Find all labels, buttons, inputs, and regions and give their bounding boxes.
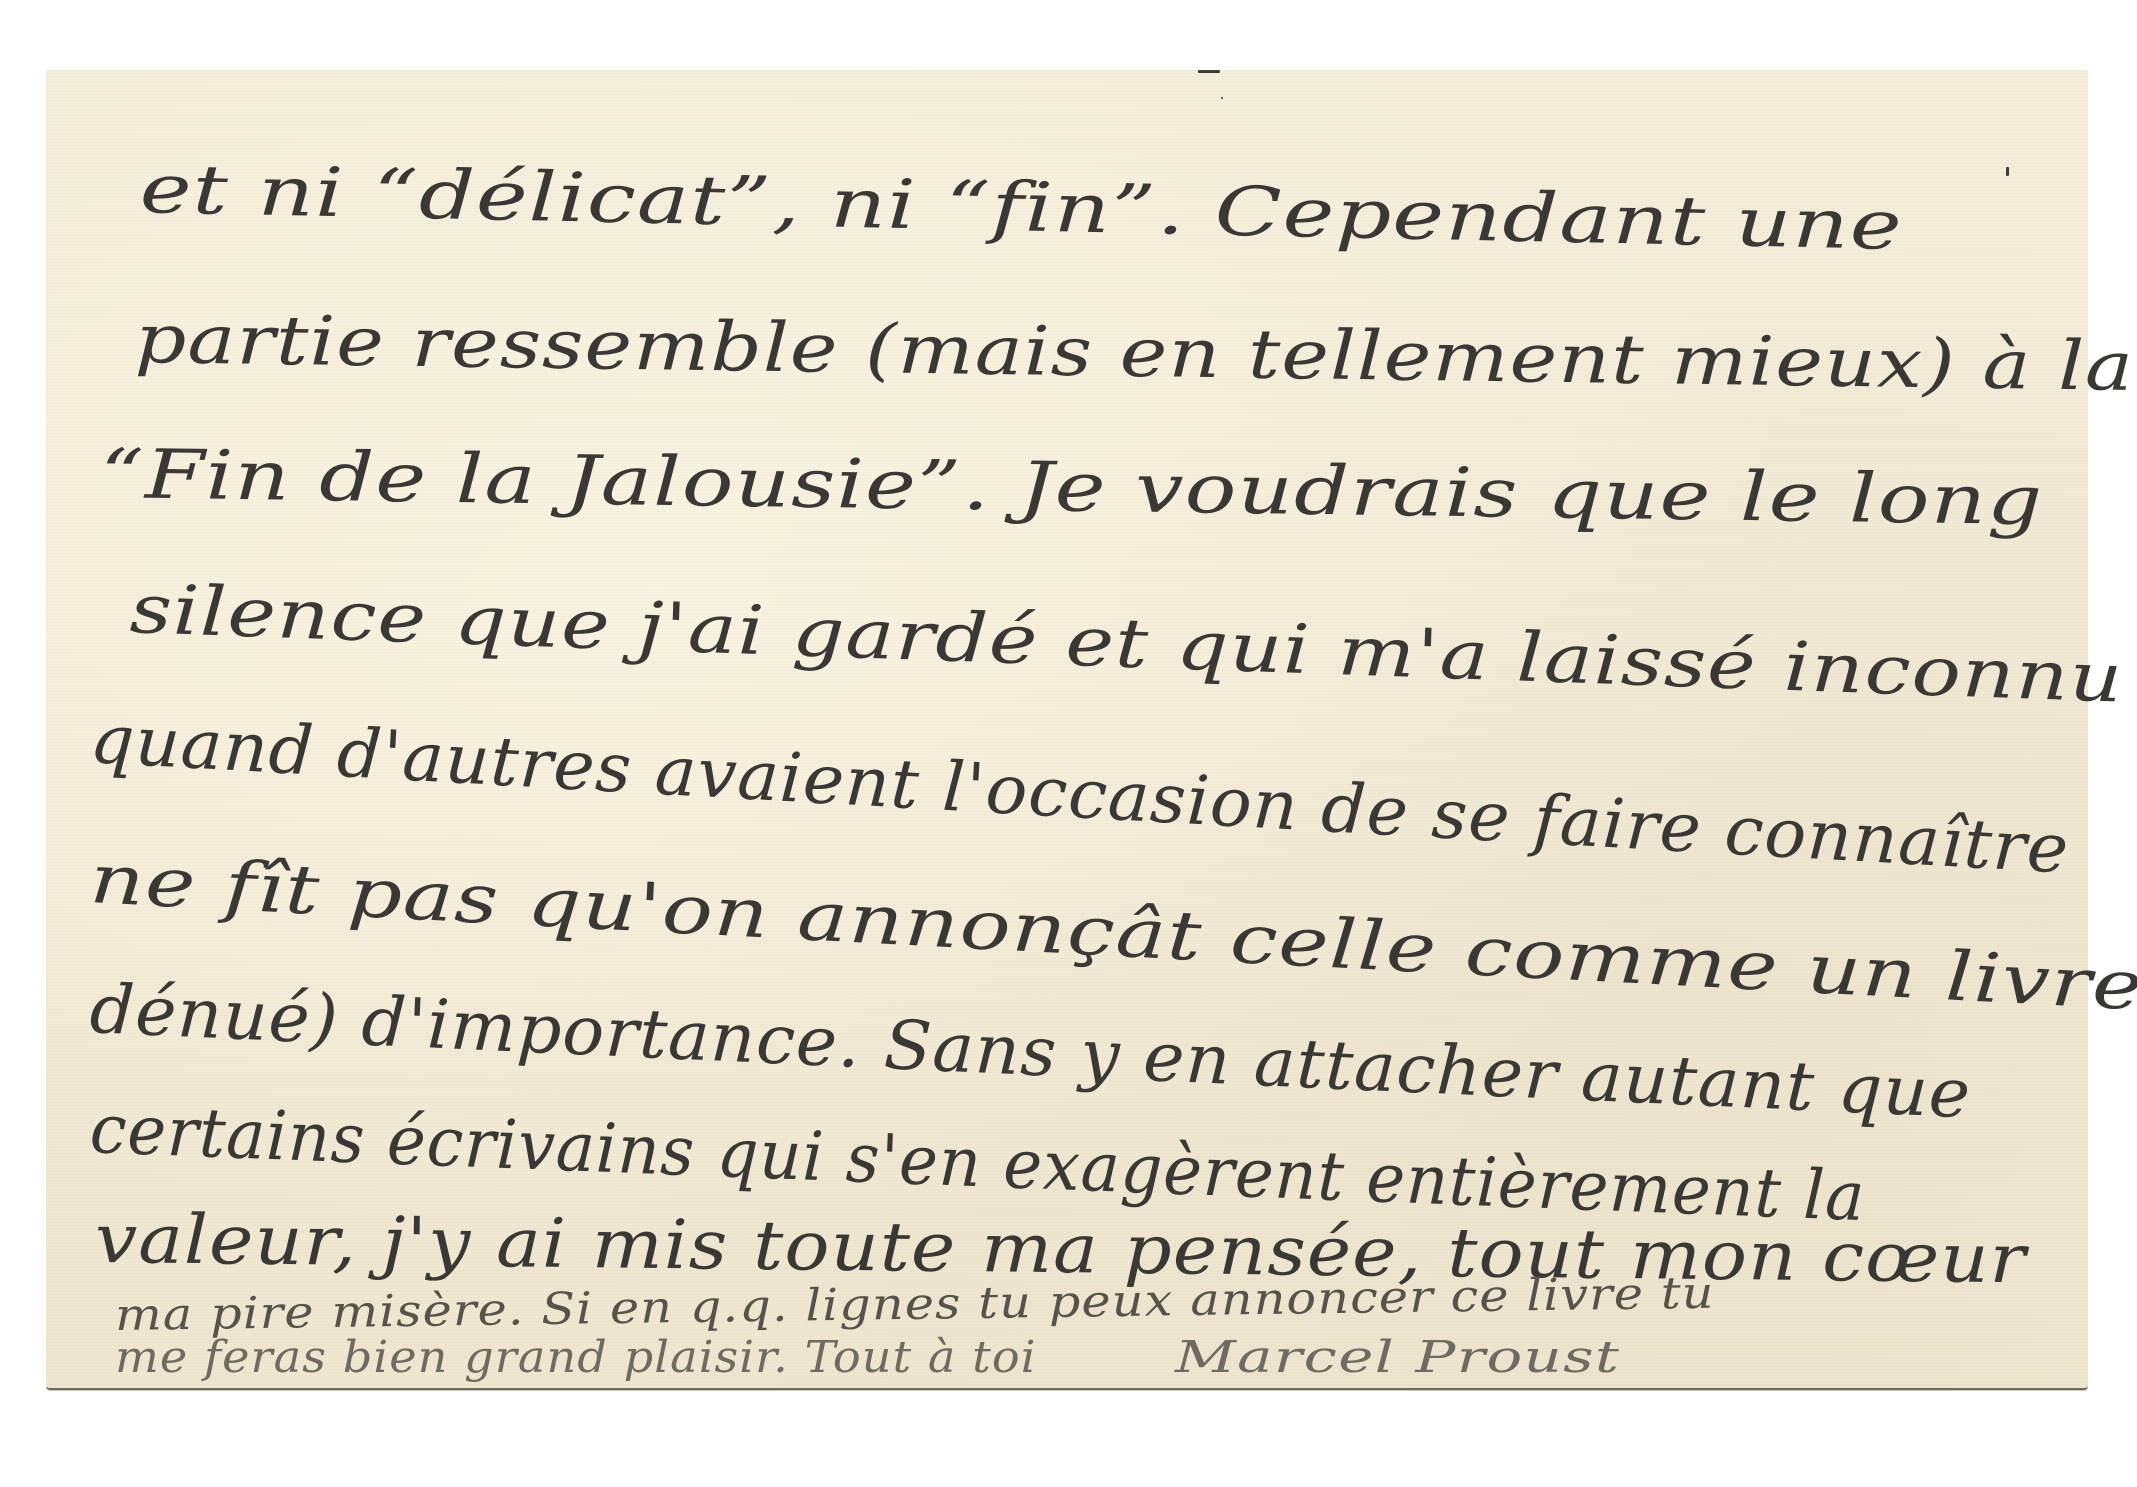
ink-speck <box>2006 167 2009 176</box>
ink-speck <box>1221 97 1223 99</box>
ink-speck <box>1198 70 1220 73</box>
signature: Marcel Proust <box>1175 1332 1620 1383</box>
postscript-line-2: me feras bien grand plaisir. Tout à toi <box>115 1332 1037 1383</box>
